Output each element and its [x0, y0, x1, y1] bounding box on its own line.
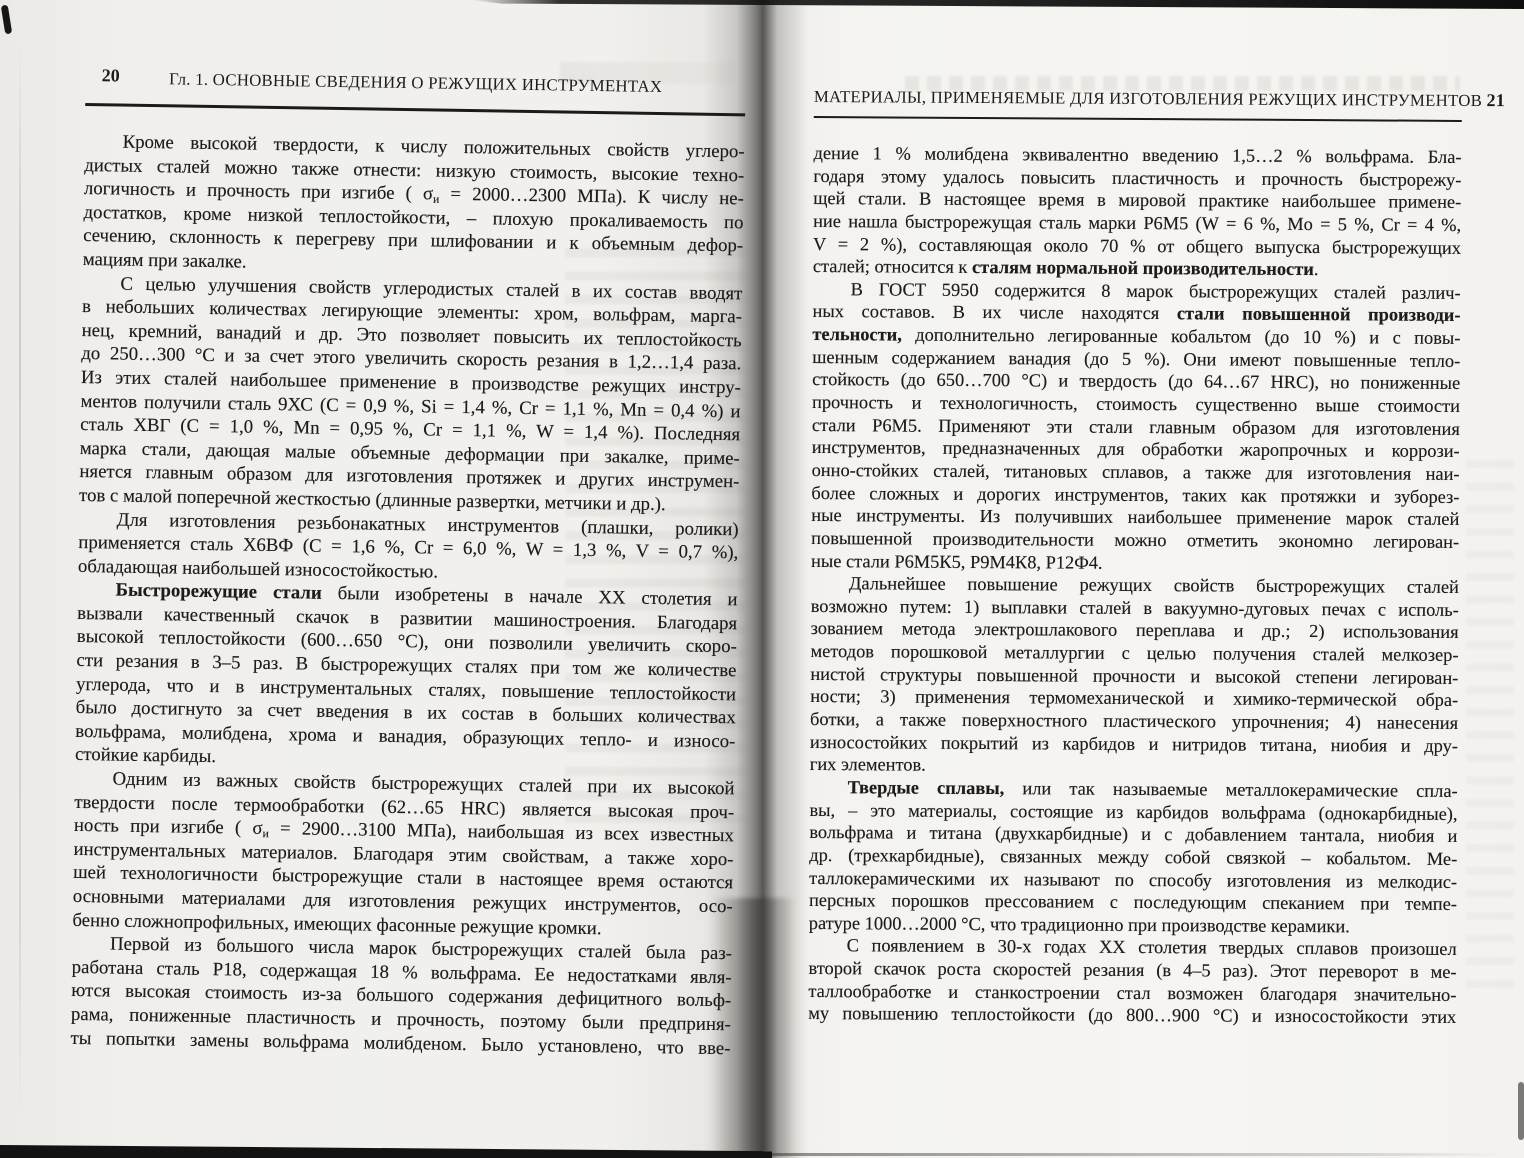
text-line: др. (трехкарбидные), связанных между соб…	[809, 844, 1457, 871]
right-page-number: 21	[1486, 90, 1505, 110]
scan-edge-bottom-thin	[772, 1153, 1502, 1156]
text-line: Твердые сплавы, или так называемые метал…	[810, 776, 1458, 803]
text-line: ние нашла быстрорежущая сталь марки Р6М5…	[813, 210, 1461, 237]
book-scan-screenshot: { "scan": { "paper_color": "#f2f1ed", "i…	[0, 0, 1524, 1158]
right-page: МАТЕРИАЛЫ, ПРИМЕНЯЕМЫЕ ДЛЯ ИЗГОТОВЛЕНИЯ …	[808, 78, 1462, 1082]
right-page-body: дение 1 % молибдена эквивалентно введени…	[808, 142, 1461, 1029]
left-page: 20 Гл. 1. ОСНОВНЫЕ СВЕДЕНИЯ О РЕЖУЩИХ ИН…	[70, 56, 746, 1096]
right-running-title-text: МАТЕРИАЛЫ, ПРИМЕНЯЕМЫЕ ДЛЯ ИЗГОТОВЛЕНИЯ …	[814, 87, 1482, 110]
right-running-title: МАТЕРИАЛЫ, ПРИМЕНЯЕМЫЕ ДЛЯ ИЗГОТОВЛЕНИЯ …	[814, 86, 1462, 111]
right-header-rule	[814, 116, 1462, 122]
left-page-body: Кроме высокой твердости, к числу положит…	[70, 130, 744, 1060]
text-line: повышенной производительности можно отме…	[811, 527, 1459, 554]
left-running-title: Гл. 1. ОСНОВНЫЕ СВЕДЕНИЯ О РЕЖУЩИХ ИНСТР…	[85, 68, 745, 98]
left-header-rule	[85, 103, 745, 116]
scan-edge-right	[1518, 1082, 1524, 1140]
page-edge-line	[19, 40, 21, 1120]
text-line: му повышению теплостойкости (до 800…900 …	[808, 1002, 1456, 1029]
text-line: онно-стойких сталей, титановых сплавов, …	[812, 459, 1460, 486]
